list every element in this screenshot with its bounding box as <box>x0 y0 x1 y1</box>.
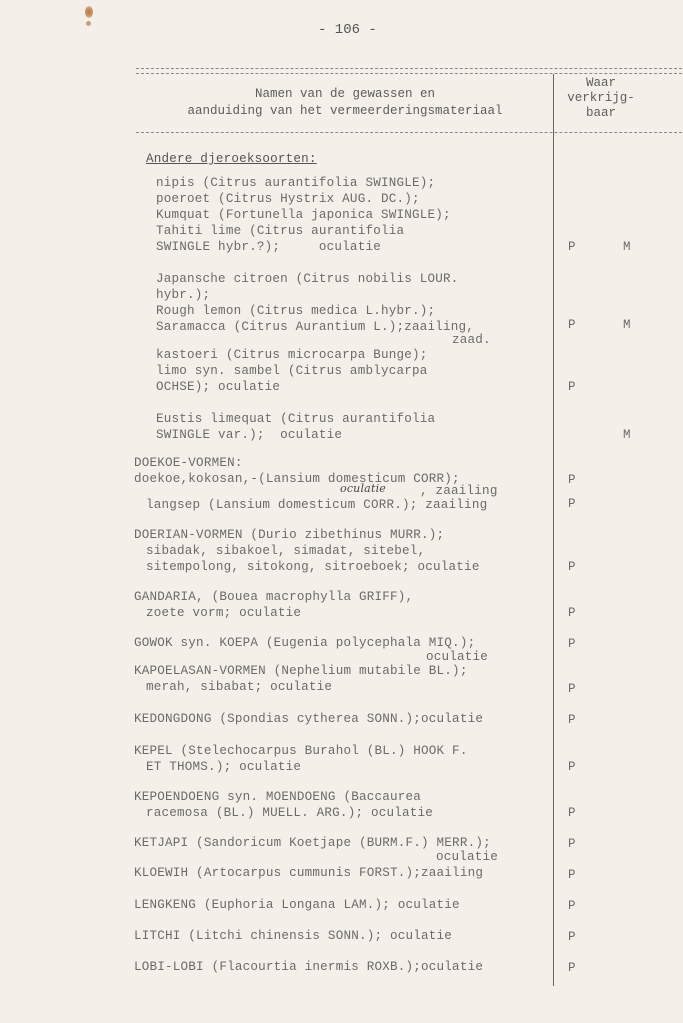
entry-line: SWINGLE hybr.?); oculatie <box>156 240 381 254</box>
availability-mark: P <box>568 713 576 727</box>
entry-line: zaad. <box>452 333 491 347</box>
entry-line: KEPEL (Stelechocarpus Burahol (BL.) HOOK… <box>134 744 468 758</box>
entry-line: langsep (Lansium domesticum CORR.); zaai… <box>146 498 487 512</box>
entry-line: Japansche citroen (Citrus nobilis LOUR. <box>156 272 459 286</box>
availability-mark: P <box>568 606 576 620</box>
entry-line: Eustis limequat (Citrus aurantifolia <box>156 412 435 426</box>
double-rule <box>136 68 682 74</box>
ink-stain <box>85 6 93 18</box>
entry-line: KETJAPI (Sandoricum Koetjape (BURM.F.) M… <box>134 836 491 850</box>
entry-line: OCHSE); oculatie <box>156 380 280 394</box>
entry-line: Rough lemon (Citrus medica L.hybr.); <box>156 304 435 318</box>
entry-line: oculatie <box>426 650 488 664</box>
entry-line: ET THOMS.); oculatie <box>146 760 301 774</box>
availability-mark: P <box>568 868 576 882</box>
availability-mark: P <box>568 318 576 332</box>
entry-line: GANDARIA, (Bouea macrophylla GRIFF), <box>134 590 413 604</box>
entry-line: kastoeri (Citrus microcarpa Bunge); <box>156 348 428 362</box>
entry-line: oculatie <box>436 850 498 864</box>
availability-mark: P <box>568 380 576 394</box>
column-header-availability: Waar verkrijg- baar <box>556 76 646 121</box>
entry-line: doekoe,kokosan,-(Lansium domesticum CORR… <box>134 472 460 486</box>
availability-mark: P <box>568 837 576 851</box>
entry-line: DOEKOE-VORMEN: <box>134 456 243 470</box>
entry-line: GOWOK syn. KOEPA (Eugenia polycephala MI… <box>134 636 475 650</box>
column-divider <box>553 74 554 986</box>
header-line: Waar <box>556 76 646 91</box>
entry-line: hybr.); <box>156 288 210 302</box>
entry-line: LOBI-LOBI (Flacourtia inermis ROXB.);ocu… <box>134 960 483 974</box>
availability-mark: P <box>568 806 576 820</box>
availability-mark: P <box>568 760 576 774</box>
entry-line: poeroet (Citrus Hystrix AUG. DC.); <box>156 192 420 206</box>
entry-line: KEDONGDONG (Spondias cytherea SONN.);ocu… <box>134 712 483 726</box>
entry-line: sibadak, sibakoel, simadat, sitebel, <box>146 544 425 558</box>
section-title: Andere djeroeksoorten: <box>146 152 317 166</box>
entry-line: zoete vorm; oculatie <box>146 606 301 620</box>
entry-line: sitempolong, sitokong, sitroeboek; ocula… <box>146 560 480 574</box>
entry-line: , zaailing <box>420 484 498 498</box>
header-line: baar <box>556 106 646 121</box>
availability-mark: M <box>623 428 631 442</box>
availability-mark: P <box>568 930 576 944</box>
entry-line: KLOEWIH (Artocarpus cummunis FORST.);zaa… <box>134 866 483 880</box>
entry-line: Kumquat (Fortunella japonica SWINGLE); <box>156 208 451 222</box>
availability-mark: M <box>623 318 631 332</box>
entry-line: merah, sibabat; oculatie <box>146 680 332 694</box>
handwritten-note: oculatie <box>340 482 386 495</box>
header-line: Namen van de gewassen en <box>140 86 550 103</box>
entry-line: Saramacca (Citrus Aurantium L.);zaailing… <box>156 320 474 334</box>
availability-mark: P <box>568 961 576 975</box>
availability-mark: P <box>568 497 576 511</box>
entry-line: LITCHI (Litchi chinensis SONN.); oculati… <box>134 929 452 943</box>
header-line: aanduiding van het vermeerderingsmateria… <box>140 103 550 120</box>
availability-mark: P <box>568 682 576 696</box>
availability-mark: P <box>568 473 576 487</box>
ink-stain <box>86 21 91 26</box>
entry-line: racemosa (BL.) MUELL. ARG.); oculatie <box>146 806 433 820</box>
entry-line: DOERIAN-VORMEN (Durio zibethinus MURR.); <box>134 528 444 542</box>
availability-mark: P <box>568 637 576 651</box>
document-page: - 106 - Namen van de gewassen en aanduid… <box>0 0 683 1023</box>
availability-mark: P <box>568 560 576 574</box>
entry-line: Tahiti lime (Citrus aurantifolia <box>156 224 404 238</box>
availability-mark: P <box>568 240 576 254</box>
entry-line: SWINGLE var.); oculatie <box>156 428 342 442</box>
entry-line: nipis (Citrus aurantifolia SWINGLE); <box>156 176 435 190</box>
page-number: - 106 - <box>318 22 377 38</box>
availability-mark: P <box>568 899 576 913</box>
availability-mark: M <box>623 240 631 254</box>
entry-line: KEPOENDOENG syn. MOENDOENG (Baccaurea <box>134 790 421 804</box>
entry-line: limo syn. sambel (Citrus amblycarpa <box>156 364 428 378</box>
header-line: verkrijg- <box>556 91 646 106</box>
entry-line: LENGKENG (Euphoria Longana LAM.); oculat… <box>134 898 460 912</box>
single-rule <box>136 132 682 133</box>
column-header-names: Namen van de gewassen en aanduiding van … <box>140 86 550 120</box>
entry-line: KAPOELASAN-VORMEN (Nephelium mutabile BL… <box>134 664 468 678</box>
